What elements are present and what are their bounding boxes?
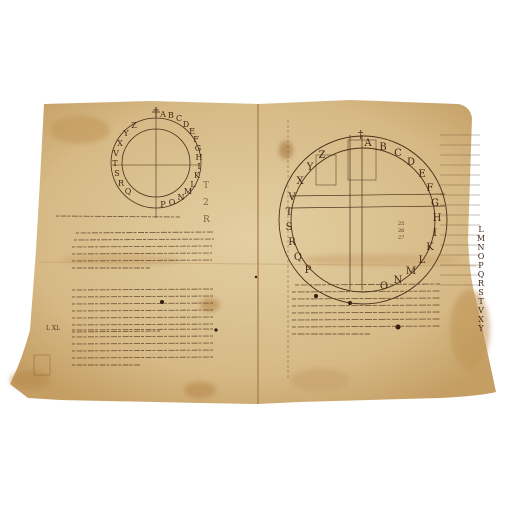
- svg-text:T: T: [112, 159, 118, 168]
- paper-sheet: [10, 100, 496, 404]
- svg-text:F: F: [193, 135, 199, 144]
- svg-text:T: T: [286, 207, 293, 218]
- svg-text:S: S: [478, 288, 483, 297]
- svg-text:I: I: [197, 162, 200, 171]
- manuscript-svg: ABC DEF GHI KLM NOP QRS TVX YZ † T2R: [0, 0, 512, 512]
- svg-text:O: O: [380, 281, 388, 292]
- svg-text:Z: Z: [131, 121, 137, 130]
- svg-text:2: 2: [203, 198, 209, 208]
- svg-text:T: T: [203, 181, 209, 191]
- svg-text:Q: Q: [125, 187, 132, 196]
- svg-text:O: O: [169, 198, 176, 207]
- svg-text:X: X: [478, 315, 484, 324]
- svg-text:N: N: [178, 193, 185, 202]
- svg-text:H: H: [196, 153, 203, 162]
- svg-text:B: B: [168, 111, 174, 120]
- svg-text:E: E: [418, 169, 425, 180]
- svg-text:O: O: [478, 252, 485, 261]
- manuscript-photo: ABC DEF GHI KLM NOP QRS TVX YZ † T2R: [0, 0, 512, 512]
- svg-text:R: R: [203, 215, 210, 225]
- svg-text:S: S: [114, 169, 119, 178]
- svg-text:L XL: L XL: [46, 325, 60, 332]
- svg-text:C: C: [176, 114, 182, 123]
- svg-text:M: M: [406, 266, 416, 277]
- svg-text:K: K: [194, 171, 201, 180]
- svg-text:V: V: [477, 306, 484, 315]
- svg-text:P: P: [305, 265, 312, 276]
- svg-text:H: H: [433, 213, 442, 224]
- svg-text:R: R: [478, 279, 485, 288]
- svg-text:27: 27: [398, 235, 404, 241]
- svg-text:B: B: [379, 142, 386, 153]
- svg-text:Y: Y: [306, 162, 314, 173]
- right-cross: †: [358, 128, 364, 141]
- svg-text:F: F: [427, 183, 434, 194]
- svg-text:Q: Q: [478, 270, 485, 279]
- svg-text:P: P: [160, 200, 166, 209]
- svg-text:M: M: [184, 187, 192, 196]
- svg-text:X: X: [296, 176, 304, 187]
- svg-text:V: V: [112, 149, 119, 158]
- svg-text:26: 26: [398, 228, 404, 234]
- svg-text:G: G: [431, 198, 439, 209]
- svg-text:X: X: [117, 139, 123, 148]
- svg-text:T: T: [478, 297, 484, 306]
- svg-text:Q: Q: [294, 252, 302, 263]
- svg-text:L: L: [419, 255, 426, 266]
- svg-text:A: A: [363, 138, 372, 149]
- svg-text:R: R: [118, 179, 125, 188]
- svg-text:G: G: [195, 144, 201, 153]
- svg-text:K: K: [426, 242, 434, 253]
- svg-text:25: 25: [398, 221, 404, 227]
- svg-text:N: N: [478, 243, 485, 252]
- left-cross: †: [153, 105, 159, 119]
- svg-text:D: D: [407, 157, 415, 168]
- svg-text:R: R: [288, 237, 296, 248]
- svg-text:I: I: [433, 228, 437, 239]
- svg-text:C: C: [394, 148, 402, 159]
- svg-text:Y: Y: [122, 129, 129, 138]
- svg-text:L: L: [478, 225, 484, 234]
- svg-text:A: A: [159, 110, 166, 119]
- svg-text:P: P: [478, 261, 484, 270]
- left-margin-note: L XL: [46, 325, 60, 332]
- svg-text:Y: Y: [477, 324, 484, 333]
- svg-text:M: M: [477, 234, 485, 243]
- svg-text:V: V: [287, 192, 296, 203]
- right-table-numbers: 25 26 27: [398, 221, 404, 241]
- svg-text:Z: Z: [319, 150, 326, 161]
- svg-text:S: S: [286, 222, 293, 233]
